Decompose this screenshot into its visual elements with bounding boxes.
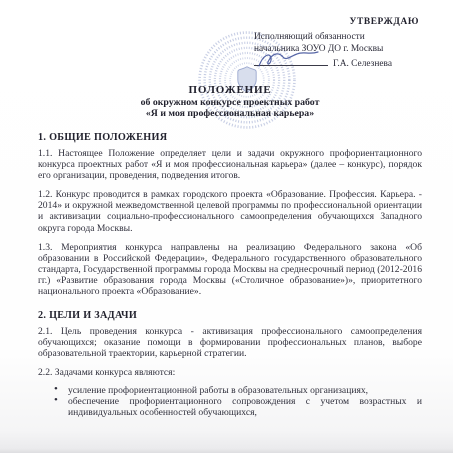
paragraph-1-2: 1.2. Конкурс проводится в рамках городск… (38, 189, 422, 233)
signee-name: Г.А. Селезнева (333, 59, 392, 69)
task-bullet-item: усиление профориентационной работы в обр… (38, 385, 422, 396)
section-1-heading: 1. ОБЩИЕ ПОЛОЖЕНИЯ (38, 132, 422, 143)
task-bullet-list: усиление профориентационной работы в обр… (38, 385, 422, 418)
document-body: ПОЛОЖЕНИЕ об окружном конкурсе проектных… (38, 84, 422, 418)
paragraph-2-2: 2.2. Задачами конкурса являются: (38, 367, 422, 378)
paragraph-1-3: 1.3. Мероприятия конкурса направлены на … (38, 242, 422, 297)
approval-label: УТВЕРЖДАЮ (254, 16, 422, 29)
title-line-3: «Я и моя профессиональная карьера» (38, 108, 422, 119)
paragraph-2-1: 2.1. Цель проведения конкурса - активиза… (38, 326, 422, 359)
document-page: УТВЕРЖДАЮ Исполняющий обязанности началь… (0, 0, 453, 453)
paragraph-1-1: 1.1. Настоящее Положение определяет цели… (38, 148, 422, 181)
task-bullet-item: обеспечение профориентационного сопровож… (38, 396, 422, 418)
title-line-2: об окружном конкурсе проектных работ (38, 97, 422, 108)
handwritten-signature-icon (255, 48, 321, 72)
approval-position-line1: Исполняющий обязанности (254, 31, 422, 44)
section-2-heading: 2. ЦЕЛИ И ЗАДАЧИ (38, 310, 422, 321)
title-line-1: ПОЛОЖЕНИЕ (38, 84, 422, 96)
document-title: ПОЛОЖЕНИЕ об окружном конкурсе проектных… (38, 84, 422, 119)
